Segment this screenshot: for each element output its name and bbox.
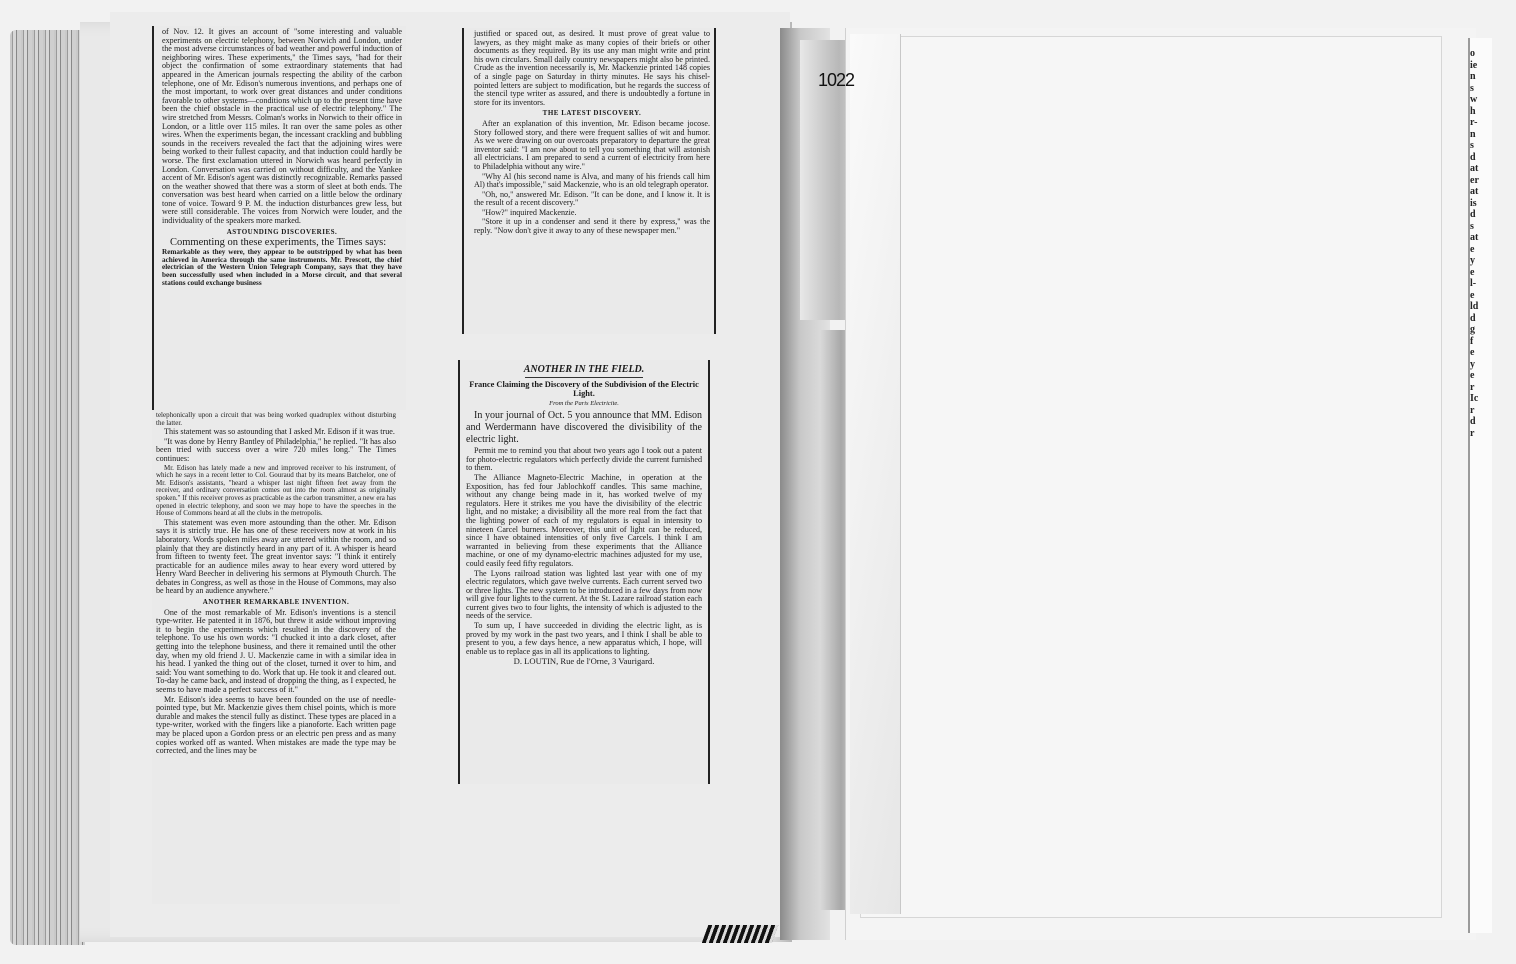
paragraph: "It was done by Henry Bantley of Philade… [156,438,396,464]
paragraph: After an explanation of this invention, … [474,120,710,172]
paragraph: justified or spaced out, as desired. It … [474,30,710,107]
edge-fragment: d [1470,209,1486,221]
lead-paragraph: Commenting on these experiments, the Tim… [162,238,402,248]
edge-fragment: n [1470,71,1486,83]
edge-fragment: er [1470,175,1486,187]
edge-fragment: at [1470,232,1486,244]
edge-fragment: ie [1470,60,1486,72]
edge-fragment: e [1470,290,1486,302]
section-heading: THE LATEST DISCOVERY. [474,109,710,118]
edge-fragment: d [1470,313,1486,325]
edge-fragment: d [1470,152,1486,164]
clipping-telephony-norwich: of Nov. 12. It gives an account of "some… [152,26,406,410]
divider [525,377,643,378]
folded-sheet [850,34,901,914]
paragraph: "Store it up in a condenser and send it … [474,218,710,235]
edge-fragment: at [1470,186,1486,198]
edge-fragment: h [1470,106,1486,118]
edge-fragment: r [1470,405,1486,417]
paragraph: Permit me to remind you that about two y… [466,447,702,473]
edge-fragment: e [1470,347,1486,359]
signature: D. LOUTIN, Rue de l'Orne, 3 Vaurigard. [466,657,702,666]
edge-fragment: Ic [1470,393,1486,405]
edge-fragment: r [1470,428,1486,440]
edge-fragment: r [1470,382,1486,394]
clipping-another-in-the-field: ANOTHER IN THE FIELD. France Claiming th… [458,360,710,784]
edge-fragment: r- [1470,117,1486,129]
paragraph: This statement was even more astounding … [156,519,396,596]
edge-fragment: l- [1470,278,1486,290]
edge-fragment: d [1470,416,1486,428]
edge-fragment: ld [1470,301,1486,313]
paragraph: In your journal of Oct. 5 you announce t… [466,410,702,446]
section-heading: ASTOUNDING DISCOVERIES. [162,228,402,237]
article-title: ANOTHER IN THE FIELD. [466,366,702,375]
edge-fragment: s [1470,221,1486,233]
next-page-edge-fragments: oienswhr-nsdateratisdsateyel-elddgfeyerI… [1470,48,1486,439]
paragraph: To sum up, I have succeeded in dividing … [466,622,702,656]
edge-fragment: s [1470,140,1486,152]
edge-fragment: e [1470,244,1486,256]
edge-fragment: e [1470,267,1486,279]
edge-fragment: g [1470,324,1486,336]
paragraph: Mr. Edison's idea seems to have been fou… [156,696,396,756]
edge-fragment: s [1470,83,1486,95]
small-quote: Mr. Edison has lately made a new and imp… [156,465,396,518]
quote-paragraph: Remarkable as they were, they appear to … [162,249,402,287]
paragraph: The Lyons railroad station was lighted l… [466,570,702,622]
edge-fragment: o [1470,48,1486,60]
article-subtitle: France Claiming the Discovery of the Sub… [466,380,702,398]
continuation-paragraph: telephonically upon a circuit that was b… [156,412,396,427]
section-heading: ANOTHER REMARKABLE INVENTION. [156,598,396,607]
edge-fragment: f [1470,336,1486,348]
page-number: 1022 [818,70,854,91]
book-headband [702,925,779,943]
article-source: From the Paris Electricite. [466,400,702,409]
edge-fragment: y [1470,255,1486,267]
book-page-edges [10,30,85,945]
paragraph: This statement was so astounding that I … [156,428,396,437]
edge-fragment: w [1470,94,1486,106]
clipping-stencil-typewriter: justified or spaced out, as desired. It … [462,28,716,334]
paragraph: "Oh, no," answered Mr. Edison. "It can b… [474,191,710,208]
edge-fragment: e [1470,370,1486,382]
paragraph: The Alliance Magneto-Electric Machine, i… [466,474,702,569]
clipping-astounding-discoveries-cont: telephonically upon a circuit that was b… [152,410,400,904]
paragraph: of Nov. 12. It gives an account of "some… [162,28,402,226]
paragraph: "Why Al (his second name is Alva, and ma… [474,173,710,190]
edge-fragment: at [1470,163,1486,175]
paragraph: One of the most remarkable of Mr. Edison… [156,609,396,695]
right-page-blank-area [860,36,1442,918]
edge-fragment: is [1470,198,1486,210]
edge-fragment: n [1470,129,1486,141]
paragraph: "How?" inquired Mackenzie. [474,209,710,218]
edge-fragment: y [1470,359,1486,371]
